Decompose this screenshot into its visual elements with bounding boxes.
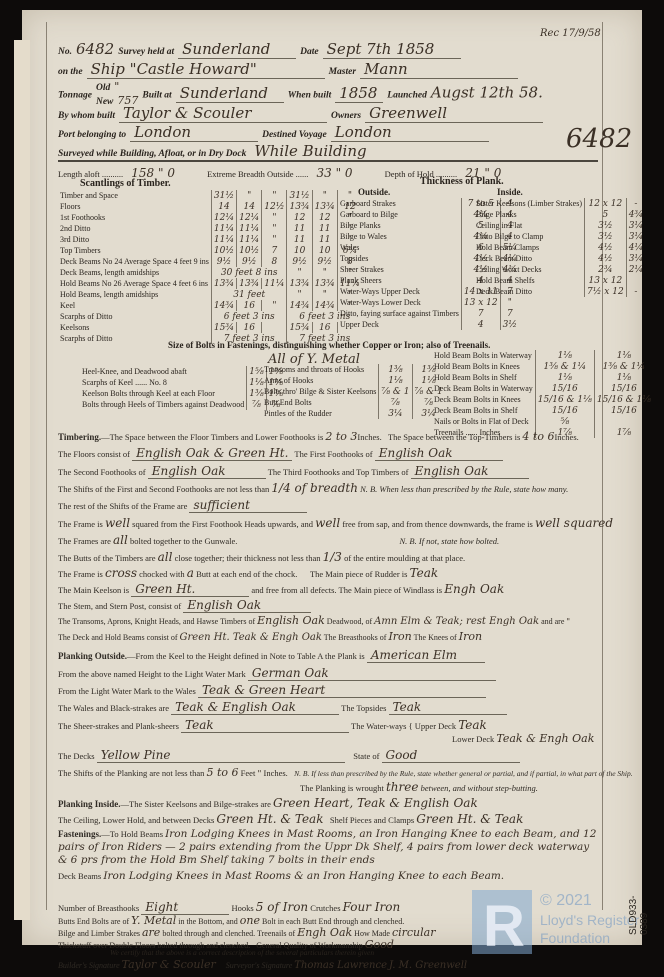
floor-space-value: 2 to 3 (325, 430, 357, 443)
timbering-line: The Second Foothooks of English Oak The … (58, 464, 529, 479)
survey-held-label: Survey held at (118, 47, 174, 57)
master-label: Master (329, 67, 356, 77)
table-row: Timber and Space31½""31½"" (58, 190, 362, 201)
watermark-line-2: Foundation (540, 930, 610, 946)
bolts-right-table: Hold Beam Bolts in Waterway1⅛1⅛ Hold Bea… (432, 350, 653, 438)
date-label: Date (300, 47, 318, 57)
timbering-line: The Stem, and Stern Post, consist of Eng… (58, 598, 311, 613)
planking-outside-row: From the Light Water Mark to the Wales T… (58, 683, 486, 698)
table-row: Scarphs of Ditto6 feet 3 ins6 feet 3 ins (58, 311, 362, 322)
table-row: Hold Beams No 26 Average Space 4 feet 6 … (58, 278, 362, 289)
planking-outside-row: From the above named Height to the Light… (58, 666, 496, 681)
table-row: Upper Deck43½ (338, 319, 519, 330)
lloyds-logo-letter: R (483, 893, 525, 960)
timbering-line: The Butts of the Timbers are all close t… (58, 550, 465, 564)
table-row: Floors141412½13¾13¾12 (58, 201, 362, 212)
timbering-line: The Deck and Hold Beams consist of Green… (58, 630, 482, 643)
survey-number: 6482 (76, 40, 114, 58)
timbering-line: The Frame is well squared from the First… (58, 516, 613, 530)
table-row: Butt End Bolts⅞⅞ (262, 397, 445, 408)
table-row: Hold Beams, length amidships31 feet""" (58, 289, 362, 300)
planking-outside-row: The Decks Yellow Pine State of Good (58, 748, 520, 763)
bolts-title: Size of Bolts in Fastenings, distinguish… (168, 340, 490, 350)
planking-outside-row: The Wales and Black-strakes are Teak & E… (58, 700, 507, 715)
breadth-value: 33 " 0 (316, 166, 352, 180)
surveyed-row: Surveyed while Building, Afloat, or in D… (58, 142, 418, 161)
planking-outside-row: The Planking is wrought three between, a… (300, 780, 538, 794)
table-row: Pintles of the Rudder3¼3¼ (262, 408, 445, 419)
master-name: Mann (360, 60, 518, 79)
table-row: Ceiling 'twixt Decks2¾2¼ (474, 264, 645, 275)
table-row: Nails or Bolts in Flat of Deck⅝ (432, 416, 653, 427)
surveyed-value: While Building (250, 142, 418, 161)
scantlings-title: Scantlings of Timber. (80, 178, 171, 189)
archive-reference: SLD933-0389 (628, 896, 650, 935)
survey-date: Sept 7th 1858 (323, 40, 461, 59)
no-label: No. (58, 47, 72, 57)
table-row: Keelson Bolts through Keel at each Floor… (80, 388, 285, 399)
built-at-label: Built at (142, 91, 171, 101)
watermark-line-1: Lloyd's Register (540, 912, 639, 928)
builder-row: By whom built Taylor & Scouler Owners Gr… (58, 104, 543, 123)
when-built-label: When built (288, 91, 332, 101)
timbering-line: The rest of the Shifts of the Frame are … (58, 498, 307, 513)
fastenings-hold: Fastenings.—To Hold Beams Iron Lodging K… (58, 828, 598, 867)
tonnage-label: Tonnage (58, 91, 92, 101)
scantlings-table: Timber and Space31½""31½"" Floors141412½… (58, 190, 362, 344)
planking-outside-row: Lower Deck Teak & Engh Oak (452, 732, 594, 745)
fastenings-deck: Deck Beams Iron Lodging Knees in Mast Ro… (58, 870, 598, 883)
timbering-line: The Shifts of the First and Second Footh… (58, 481, 568, 495)
fastenings-row: Number of Breasthooks Eight Hooks 5 of I… (58, 900, 400, 915)
table-row: Heel-Knee, and Deadwood abaft1⅝1⅝ (80, 366, 285, 377)
certification-text: We certify that the above is a correct d… (110, 948, 374, 957)
planking-outside-row: The Sheer-strakes and Plank-sheers Teak … (58, 718, 487, 733)
surveyed-label: Surveyed while Building, Afloat, or in D… (58, 149, 246, 159)
table-row: Deck Beam Bolts in Waterway15/1615/16 (432, 383, 653, 394)
timbering-line: The Floors consist of English Oak & Gree… (58, 446, 503, 461)
planking-inside-title: Planking Inside. (58, 799, 121, 809)
table-row: 2nd Ditto11¼11¼"1111" (58, 223, 362, 234)
timbering-line: The Frame is cross chocked with a Butt a… (58, 566, 438, 580)
plank-title: Thickness of Plank. (420, 176, 504, 187)
table-row: Ditto Bilge to Clamp3½3¼ (474, 231, 645, 242)
timbering-title: Timbering. (58, 432, 101, 442)
table-row: Scarphs of Keel ...... No. 81⅛1⅛ (80, 377, 285, 388)
built-at: Sunderland (176, 84, 284, 103)
builder-name: Taylor & Scouler (119, 104, 327, 123)
timbering-line: The Main Keelson is Green Ht. and free f… (58, 582, 504, 597)
top-timber-space-value: 4 to 6 (522, 430, 554, 443)
table-row: Bolts thro' Bilge & Sister Keelsons⅞ & 1… (262, 386, 445, 397)
voyage-label: Destined Voyage (262, 130, 327, 140)
port-row: Port belonging to London Destined Voyage… (58, 123, 489, 142)
surveyor-signature-2: J. M. Greenwell (389, 960, 467, 971)
table-row: Hold Beam Bolts in Waterway1⅛1⅛ (432, 350, 653, 361)
port-value: London (130, 123, 258, 142)
plank-outside-title: Outside. (358, 187, 390, 197)
table-row: Hold Beam Clamps4½4¼ (474, 242, 645, 253)
bolts-left-table: Heel-Knee, and Deadwood abaft1⅝1⅝ Scarph… (80, 366, 285, 410)
fastenings-title: Fastenings. (58, 829, 101, 839)
bolts-middle-table: Transoms and throats of Hooks1⅜1⅜ Arms o… (262, 364, 445, 419)
timbering-space-row: Timbering.—The Space between the Floor T… (58, 430, 579, 443)
voyage-value: London (331, 123, 489, 142)
table-row: Deck Beam Ditto7½ x 12- (474, 286, 645, 297)
planking-outside-row: Planking Outside.—From the Keel to the H… (58, 648, 485, 663)
plank-inside-table: Sister Keelsons (Limber Strakes)12 x 12-… (474, 198, 645, 297)
vessel-name: Ship "Castle Howard" (87, 60, 325, 79)
table-row: Bolts through Heels of Timbers against D… (80, 399, 285, 410)
when-built: 1858 (335, 84, 383, 103)
breadth-label: Extreme Breadth Outside (207, 169, 293, 179)
table-row: Hold Beam Bolts in Shelf1⅛1⅛ (432, 372, 653, 383)
on-the-label: on the (58, 67, 83, 77)
table-row: Top Timbers10½10½710106¾ (58, 245, 362, 256)
owners-label: Owners (331, 111, 361, 121)
launched-date: Augst 12th 58. (431, 84, 543, 102)
timbering-line: The Transoms, Aprons, Knight Heads, and … (58, 614, 570, 627)
tonnage-old: " (114, 80, 119, 93)
survey-number-row: No. 6482 Survey held at Sunderland Date … (58, 40, 461, 59)
table-row: Keel14¾16"14¾14¾" (58, 300, 362, 311)
table-row: Water-Ways Lower Deck13 x 12" (338, 297, 519, 308)
survey-location: Sunderland (178, 40, 296, 59)
table-row: Bilge Planks54¾ (474, 209, 645, 220)
plank-inside-title: Inside. (497, 187, 523, 197)
port-label: Port belonging to (58, 130, 126, 140)
table-row: Deck Beam Ditto4½3¼ (474, 253, 645, 264)
launched-label: Launched (387, 91, 427, 101)
register-number: 6482 (566, 124, 632, 154)
planking-inside-row: The Ceiling, Lower Hold, and between Dec… (58, 812, 523, 826)
watermark-copyright: © 2021 (540, 892, 592, 910)
table-row: Hold Beam Shelfs13 x 12 (474, 275, 645, 286)
table-row: Deck Beam Bolts in Shelf15/1615/16 (432, 405, 653, 416)
builder-signature: Taylor & Scouler (122, 958, 216, 971)
table-row: Arms of Hooks1⅛1⅛ (262, 375, 445, 386)
table-row: Ceiling in Flat3½3¼ (474, 220, 645, 231)
tonnage-old-label: Old (96, 83, 110, 93)
planking-outside-title: Planking Outside. (58, 651, 127, 661)
table-row: 3rd Ditto11¼11¼"1111" (58, 234, 362, 245)
table-row: Deck Beams No 24 Average Space 4 feet 9 … (58, 256, 362, 267)
table-row: Hold Beam Bolts in Knees1⅜ & 1¼1⅜ & 1¼ (432, 361, 653, 372)
surveyor-signature-1: Thomas Lawrence (294, 960, 387, 971)
timbering-line: The Frames are all bolted together to th… (58, 533, 499, 547)
planking-outside-row: The Shifts of the Planking are not less … (58, 766, 633, 779)
table-row: Keelsons15¾1615¾16 (58, 322, 362, 333)
table-row: Transoms and throats of Hooks1⅜1⅜ (262, 364, 445, 375)
corner-note: Rec 17/9/58 (540, 28, 601, 39)
table-row: Ditto, faying surface against Timbers77 (338, 308, 519, 319)
table-row: 1st Foothooks12¼12¼"1212" (58, 212, 362, 223)
table-row: Sister Keelsons (Limber Strakes)12 x 12- (474, 198, 645, 209)
by-whom-label: By whom built (58, 111, 115, 121)
planking-inside-row: Planking Inside.—The Sister Keelsons and… (58, 796, 478, 810)
vessel-row: on the Ship "Castle Howard" Master Mann (58, 60, 518, 79)
table-row: Deck Beams, length amidships30 feet 8 in… (58, 267, 362, 278)
dimensions-rule (58, 160, 598, 162)
owners-name: Greenwell (365, 104, 543, 123)
signature-row: Builder's Signature Taylor & Scouler Sur… (58, 958, 467, 971)
table-row: Deck Beam Bolts in Knees15/16 & 1⅛15/16 … (432, 394, 653, 405)
